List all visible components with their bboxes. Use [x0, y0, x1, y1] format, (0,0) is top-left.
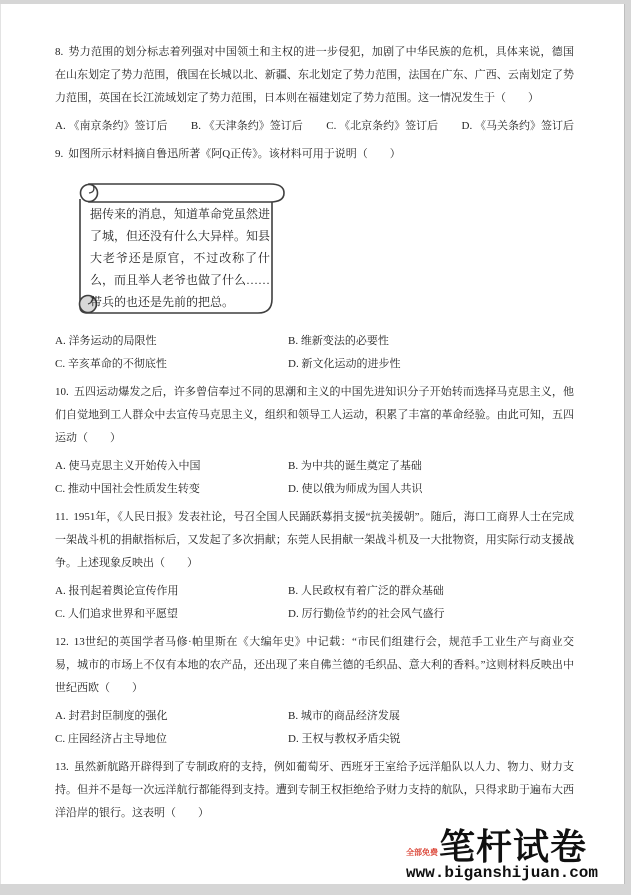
question-text: 虽然新航路开辟得到了专制政府的支持，例如葡萄牙、西班牙王室给予远洋船队以人力、物…: [55, 761, 574, 819]
question-11-option-C: C. 人们追求世界和平愿望: [55, 603, 288, 626]
question-12-option-C: C. 庄园经济占主导地位: [55, 728, 288, 751]
question-text: 1951年，《人民日报》发表社论，号召全国人民踊跃募捐支援“抗美援朝”。随后，海…: [55, 511, 574, 569]
question-text: 13世纪的英国学者马修·帕里斯在《大编年史》中记载：“市民们组建行会，规范手工业…: [55, 636, 574, 694]
scroll-text: 据传来的消息，知道革命党虽然进了城，但还没有什么大异样。知县大老爷还是原官，不过…: [90, 203, 270, 313]
question-10: 10.五四运动爆发之后，许多曾信奉过不同的思潮和主义的中国先进知识分子开始转而选…: [55, 381, 574, 501]
question-10-option-A: A. 使马克思主义开始传入中国: [55, 455, 288, 478]
question-12-option-A: A. 封君封臣制度的强化: [55, 705, 288, 728]
question-12-option-B: B. 城市的商品经济发展: [288, 705, 574, 728]
question-8-option-D: D. 《马关条约》签订后: [462, 115, 574, 138]
question-text: 如图所示材料摘自鲁迅所著《阿Q正传》。该材料可用于说明（ ）: [68, 148, 400, 160]
option-group: A. 洋务运动的局限性B. 维新变法的必要性C. 辛亥革命的不彻底性D. 新文化…: [55, 330, 574, 376]
watermark-brand-row: 全部免费 笔杆试卷: [406, 830, 598, 864]
exam-paper-page: 8.势力范围的划分标志着列强对中国领土和主权的进一步侵犯，加剧了中华民族的危机，…: [0, 4, 625, 884]
question-number: 11.: [55, 511, 68, 523]
question-12-option-D: D. 王权与教权矛盾尖锐: [288, 728, 574, 751]
question-13: 13.虽然新航路开辟得到了专制政府的支持，例如葡萄牙、西班牙王室给予远洋船队以人…: [55, 756, 574, 825]
question-11-option-D: D. 厉行勤俭节约的社会风气盛行: [288, 603, 574, 626]
brand-logo-text: 笔杆试卷: [439, 830, 587, 864]
question-8-option-A: A. 《南京条约》签订后: [55, 115, 167, 138]
question-10-option-B: B. 为中共的诞生奠定了基础: [288, 455, 574, 478]
question-8: 8.势力范围的划分标志着列强对中国领土和主权的进一步侵犯，加剧了中华民族的危机，…: [55, 41, 574, 138]
scroll-figure: 据传来的消息，知道革命党虽然进了城，但还没有什么大异样。知县大老爷还是原官，不过…: [76, 179, 288, 321]
free-badge: 全部免费: [406, 847, 438, 858]
question-9-option-B: B. 维新变法的必要性: [288, 330, 574, 353]
question-number: 13.: [55, 761, 69, 773]
question-10-option-D: D. 使以俄为师成为国人共识: [288, 478, 574, 501]
question-number: 8.: [55, 46, 63, 58]
question-9-option-D: D. 新文化运动的进步性: [288, 353, 574, 376]
question-12: 12.13世纪的英国学者马修·帕里斯在《大编年史》中记载：“市民们组建行会，规范…: [55, 631, 574, 751]
question-number: 12.: [55, 636, 69, 648]
question-11-option-A: A. 报刊起着舆论宣传作用: [55, 580, 288, 603]
question-8-option-B: B. 《天津条约》签订后: [191, 115, 303, 138]
question-text: 势力范围的划分标志着列强对中国领土和主权的进一步侵犯，加剧了中华民族的危机，具体…: [55, 46, 574, 104]
question-9: 9.如图所示材料摘自鲁迅所著《阿Q正传》。该材料可用于说明（ ） 据传来的消息，…: [55, 143, 574, 376]
question-10-option-C: C. 推动中国社会性质发生转变: [55, 478, 288, 501]
question-number: 10.: [55, 386, 69, 398]
question-number: 9.: [55, 148, 63, 160]
question-9-option-A: A. 洋务运动的局限性: [55, 330, 288, 353]
question-text: 五四运动爆发之后，许多曾信奉过不同的思潮和主义的中国先进知识分子开始转而选择马克…: [55, 386, 574, 444]
question-8-option-C: C. 《北京条约》签订后: [326, 115, 438, 138]
option-group: A. 使马克思主义开始传入中国B. 为中共的诞生奠定了基础C. 推动中国社会性质…: [55, 455, 574, 501]
question-11-option-B: B. 人民政权有着广泛的群众基础: [288, 580, 574, 603]
biganshijuan-watermark: 全部免费 笔杆试卷 www.biganshijuan.com: [406, 830, 598, 882]
question-9-option-C: C. 辛亥革命的不彻底性: [55, 353, 288, 376]
option-group: A. 报刊起着舆论宣传作用B. 人民政权有着广泛的群众基础C. 人们追求世界和平…: [55, 580, 574, 626]
brand-url: www.biganshijuan.com: [406, 865, 598, 882]
question-list: 8.势力范围的划分标志着列强对中国领土和主权的进一步侵犯，加剧了中华民族的危机，…: [1, 4, 624, 825]
option-group: A. 封君封臣制度的强化B. 城市的商品经济发展C. 庄园经济占主导地位D. 王…: [55, 705, 574, 751]
question-11: 11.1951年，《人民日报》发表社论，号召全国人民踊跃募捐支援“抗美援朝”。随…: [55, 506, 574, 626]
option-group: A. 《南京条约》签订后B. 《天津条约》签订后C. 《北京条约》签订后D. 《…: [55, 115, 574, 138]
